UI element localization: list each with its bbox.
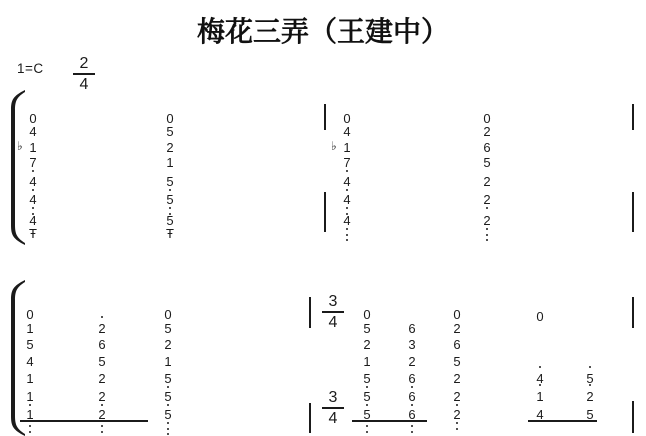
note-cell: 2 bbox=[479, 175, 495, 188]
note-cell: 1 bbox=[160, 355, 176, 368]
note-cell: 4 bbox=[532, 408, 548, 421]
time-signature-denominator: 4 bbox=[80, 76, 89, 93]
octave-dot-below bbox=[486, 234, 488, 236]
note-cell: 2 bbox=[94, 408, 110, 421]
note-cell: 0 bbox=[160, 308, 176, 321]
octave-dot-below bbox=[167, 422, 169, 424]
note-cell: 5 bbox=[94, 355, 110, 368]
note-cell: 5 bbox=[162, 193, 178, 206]
note-cell: 5 bbox=[160, 408, 176, 421]
octave-dot-below bbox=[32, 207, 34, 209]
note-cell: 5 bbox=[160, 372, 176, 385]
note-cell: 5 bbox=[359, 372, 375, 385]
note-cell: 4 bbox=[25, 193, 41, 206]
note-cell: 5 bbox=[359, 408, 375, 421]
note-cell: 2 bbox=[479, 193, 495, 206]
octave-dot-below bbox=[346, 207, 348, 209]
note-cell: 1 bbox=[25, 141, 41, 154]
octave-dot-below bbox=[101, 431, 103, 433]
time-signature-denominator: 4 bbox=[329, 314, 338, 331]
octave-dot-below bbox=[167, 428, 169, 430]
flat-sign: ♭ bbox=[17, 140, 23, 152]
piece-title: 梅花三弄（王建中） bbox=[0, 10, 646, 50]
octave-dot-below bbox=[456, 422, 458, 424]
note-cell: 2 bbox=[162, 141, 178, 154]
note-cell: 2 bbox=[449, 372, 465, 385]
note-cell: 4 bbox=[339, 193, 355, 206]
octave-dot-below bbox=[346, 228, 348, 230]
note-cell: 6 bbox=[404, 408, 420, 421]
note-cell: 0 bbox=[22, 308, 38, 321]
note-cell: 4 bbox=[25, 125, 41, 138]
note-cell: 1 bbox=[22, 408, 38, 421]
note-cell: 2 bbox=[479, 125, 495, 138]
note-cell: 2 bbox=[449, 322, 465, 335]
barline bbox=[324, 192, 326, 232]
note-cell: 2 bbox=[449, 390, 465, 403]
note-cell: 5 bbox=[359, 390, 375, 403]
note-cell: 6 bbox=[404, 322, 420, 335]
note-cell: 0 bbox=[359, 308, 375, 321]
time-signature: 2 4 bbox=[71, 55, 97, 93]
octave-dot-below bbox=[411, 425, 413, 427]
note-cell: 4 bbox=[339, 214, 355, 227]
time-signature-numerator: 3 bbox=[329, 389, 338, 406]
note-cell: 2 bbox=[582, 390, 598, 403]
octave-dot-below bbox=[29, 425, 31, 427]
note-cell: 1 bbox=[22, 390, 38, 403]
grand-staff-brace-icon bbox=[4, 90, 26, 250]
octave-dot-below bbox=[366, 425, 368, 427]
barline bbox=[309, 403, 311, 433]
octave-dot-above bbox=[539, 366, 541, 368]
note-cell: 1 bbox=[359, 355, 375, 368]
note-cell: 5 bbox=[160, 322, 176, 335]
note-cell: Ŧ bbox=[25, 227, 41, 240]
octave-dot-above bbox=[589, 366, 591, 368]
note-cell: 1 bbox=[22, 372, 38, 385]
octave-dot-below bbox=[346, 234, 348, 236]
note-cell: 5 bbox=[160, 390, 176, 403]
note-cell: 1 bbox=[162, 156, 178, 169]
key-signature: 1=C bbox=[17, 61, 44, 76]
score-sheet: 梅花三弄（王建中） 1=C 2 4 041♭7444Ŧ0521555Ŧ041♭7… bbox=[0, 0, 646, 436]
note-cell: 6 bbox=[404, 372, 420, 385]
note-cell: 2 bbox=[404, 355, 420, 368]
time-signature: 34 bbox=[320, 293, 346, 331]
note-cell: 5 bbox=[162, 175, 178, 188]
note-cell: 1 bbox=[339, 141, 355, 154]
fraction-bar bbox=[73, 73, 95, 75]
note-cell: Ŧ bbox=[162, 227, 178, 240]
note-cell: 2 bbox=[160, 338, 176, 351]
barline bbox=[632, 401, 634, 433]
octave-dot-below bbox=[486, 228, 488, 230]
note-cell: 2 bbox=[94, 390, 110, 403]
note-cell: 1 bbox=[532, 390, 548, 403]
note-cell: 6 bbox=[479, 141, 495, 154]
octave-dot-below bbox=[346, 239, 348, 241]
note-cell: 2 bbox=[449, 408, 465, 421]
octave-dot-below bbox=[411, 431, 413, 433]
note-cell: 4 bbox=[25, 175, 41, 188]
octave-dot-below bbox=[169, 207, 171, 209]
barline bbox=[324, 104, 326, 130]
note-cell: 2 bbox=[359, 338, 375, 351]
note-cell: 4 bbox=[339, 175, 355, 188]
note-cell: 5 bbox=[582, 408, 598, 421]
note-cell: 5 bbox=[359, 322, 375, 335]
note-cell: 5 bbox=[162, 125, 178, 138]
note-cell: 6 bbox=[94, 338, 110, 351]
flat-sign: ♭ bbox=[331, 140, 337, 152]
note-cell: 0 bbox=[532, 310, 548, 323]
octave-dot-below bbox=[32, 170, 34, 172]
beam-line bbox=[20, 420, 148, 422]
barline bbox=[632, 297, 634, 328]
note-cell: 2 bbox=[479, 214, 495, 227]
time-signature: 34 bbox=[320, 389, 346, 427]
octave-dot-below bbox=[366, 431, 368, 433]
time-signature-numerator: 2 bbox=[80, 55, 89, 72]
octave-dot-below bbox=[101, 425, 103, 427]
time-signature-denominator: 4 bbox=[329, 410, 338, 427]
barline bbox=[632, 104, 634, 130]
octave-dot-below bbox=[456, 428, 458, 430]
note-cell: 0 bbox=[449, 308, 465, 321]
note-cell: 5 bbox=[22, 338, 38, 351]
note-cell: 2 bbox=[94, 322, 110, 335]
barline bbox=[309, 297, 311, 328]
octave-dot-below bbox=[346, 170, 348, 172]
octave-dot-above bbox=[101, 316, 103, 318]
note-cell: 2 bbox=[94, 372, 110, 385]
octave-dot-below bbox=[486, 207, 488, 209]
note-cell: 4 bbox=[22, 355, 38, 368]
octave-dot-below bbox=[29, 431, 31, 433]
note-cell: 7 bbox=[25, 156, 41, 169]
note-cell: 5 bbox=[449, 355, 465, 368]
note-cell: 3 bbox=[404, 338, 420, 351]
note-cell: 6 bbox=[404, 390, 420, 403]
octave-dot-below bbox=[167, 433, 169, 435]
note-cell: 5 bbox=[479, 156, 495, 169]
time-signature-numerator: 3 bbox=[329, 293, 338, 310]
note-cell: 7 bbox=[339, 156, 355, 169]
octave-dot-below bbox=[486, 239, 488, 241]
note-cell: 6 bbox=[449, 338, 465, 351]
note-cell: 4 bbox=[339, 125, 355, 138]
fraction-bar bbox=[322, 407, 344, 409]
barline bbox=[632, 192, 634, 232]
fraction-bar bbox=[322, 311, 344, 313]
note-cell: 1 bbox=[22, 322, 38, 335]
